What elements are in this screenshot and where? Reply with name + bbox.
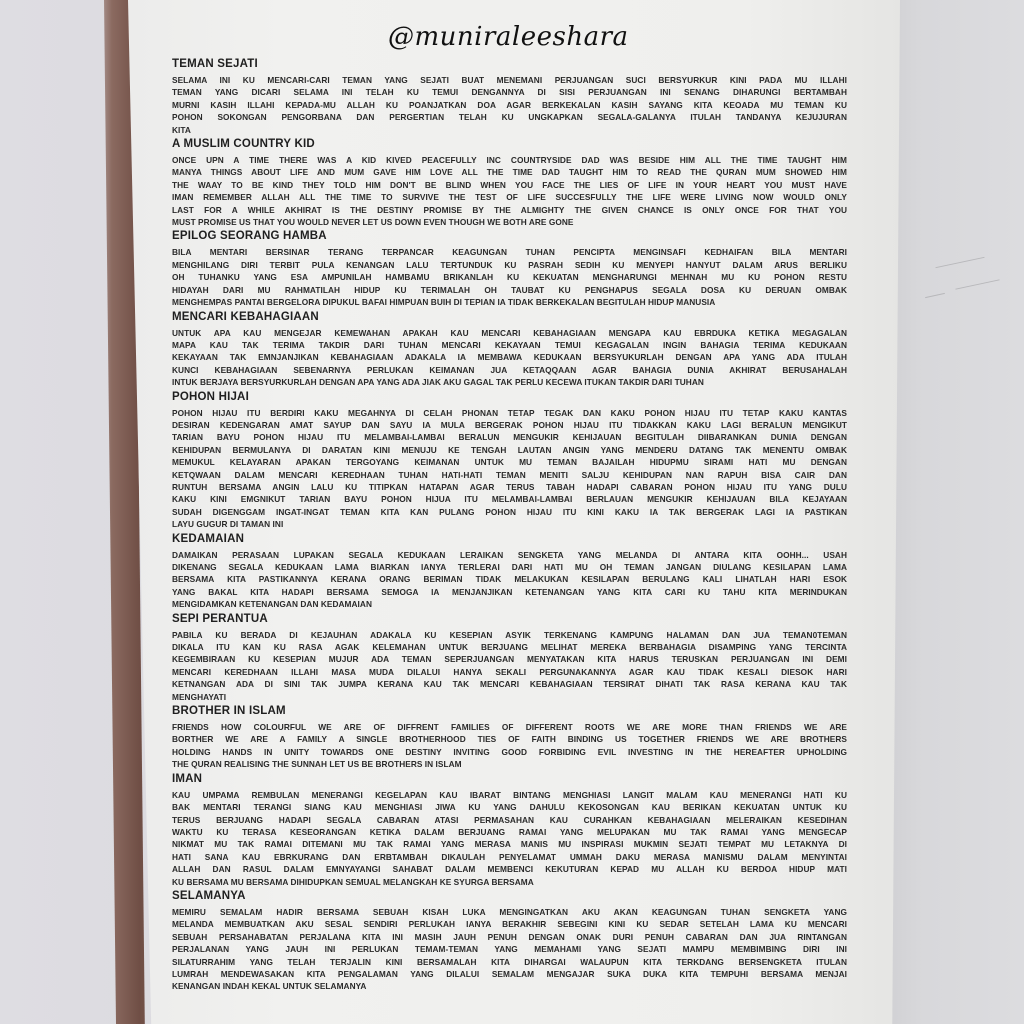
section-body: KAU UMPAMA REMBULAN MENERANGI KEGELAPAN … xyxy=(172,789,847,888)
section-title: SEPI PERANTUA xyxy=(172,613,847,626)
section-body: MEMIRU SEMALAM HADIR BERSAMA SEBUAH KISA… xyxy=(172,906,847,993)
text-line: KETNANGAN ADA DI SINI TAK JUMPA KERANA K… xyxy=(172,678,847,690)
text-line: KEKAYAAN TAK EMNJANJIKAN KEBAHAGIAAN ADA… xyxy=(172,351,847,363)
text-line: BERSAMA KITA PASTIKANNYA KERANA ORANG BE… xyxy=(172,573,847,585)
text-line: KEHIDUPAN BERMULANYA DI DARATAN KINI MEN… xyxy=(172,444,847,456)
text-line: NIKMAT MU TAK RAMAI DITEMANI MU TAK RAMA… xyxy=(172,838,847,850)
text-line: DAMAIKAN PERASAAN LUPAKAN SEGALA KEDUKAA… xyxy=(172,549,847,561)
text-line: KITA xyxy=(172,124,847,136)
section-body: PABILA KU BERADA DI KEJAUHAN ADAKALA KU … xyxy=(172,629,847,703)
section-body: ONCE UPN A TIME THERE WAS A KID KIVED PE… xyxy=(172,154,847,228)
text-line: ALLAH DAN RASUL DALAM EMNYAYANGI SAHABAT… xyxy=(172,863,847,875)
section-body: POHON HIJAU ITU BERDIRI KAKU MEGAHNYA DI… xyxy=(172,407,847,531)
section-body: FRIENDS HOW COLOURFUL WE ARE OF DIFFRENT… xyxy=(172,721,847,771)
text-line: MAPA KAU TAK TERIMA TAKDIR DARI TUHAN ME… xyxy=(172,339,847,351)
text-line: MENGHEMPAS PANTAI BERGELORA DIPUKUL BAFA… xyxy=(172,296,847,308)
text-line: MELANDA MEMBUATKAN AKU SESAL SENDIRI PER… xyxy=(172,918,847,930)
section-title: BROTHER IN ISLAM xyxy=(172,705,847,718)
text-line: HIDAYAH DARI MU RAHMATILAH HIDUP KU TERI… xyxy=(172,284,847,296)
text-line: TARIAN BAYU POHON HIJAU ITU MELAMBAI-LAM… xyxy=(172,431,847,443)
text-line: BORTHER WE ARE A FAMILY A SINGLE BROTHER… xyxy=(172,733,847,745)
background-surface xyxy=(880,0,1024,1024)
text-line: MURNI KASIH ILLAHI KEPADA-MU ALLAH KU PO… xyxy=(172,99,847,111)
section-title: EPILOG SEORANG HAMBA xyxy=(172,230,847,243)
text-line: MANYA THINGS ABOUT LIFE AND MUM GAVE HIM… xyxy=(172,166,847,178)
section-title: TEMAN SEJATI xyxy=(172,58,847,71)
text-line: KAKU KINI EMGNIKUT TARIAN BAYU POHON HIJ… xyxy=(172,493,847,505)
text-line: OH TUHANKU YANG ESA AMPUNILAH HAMBAMU BR… xyxy=(172,271,847,283)
text-line: DESIRAN KEDENGARAN AMAT SAYUP DAN SAYU I… xyxy=(172,419,847,431)
text-line: KUNCI KEBAHAGIAAN SEBENARNYA PERLUKAN KE… xyxy=(172,364,847,376)
text-line: DIKALA ITU KAN KU RASA AGAK KELEMAHAN UN… xyxy=(172,641,847,653)
poem-section: EPILOG SEORANG HAMBABILA MENTARI BERSINA… xyxy=(172,230,847,308)
text-line: MENCARI KEREDHAAN ILLAHI MASA MUDA DILAL… xyxy=(172,666,847,678)
section-body: SELAMA INI KU MENCARI-CARI TEMAN YANG SE… xyxy=(172,74,847,136)
text-line: SUDAH DIGENGGAM INGAT-INGAT TEMAN KITA K… xyxy=(172,506,847,518)
text-line: KAU UMPAMA REMBULAN MENERANGI KEGELAPAN … xyxy=(172,789,847,801)
text-line: HATI SANA KAU EBRKURANG DAN ERBTAMBAH DI… xyxy=(172,851,847,863)
text-line: LAST FOR A WHILE AKHIRAT IS THE DESTINY … xyxy=(172,204,847,216)
text-line: KETQWAAN DALAM MENCARI KEREDHAAN TUHAN H… xyxy=(172,469,847,481)
text-line: PERJALANAN YANG JAUH INI PERLUKAN TEMAM-… xyxy=(172,943,847,955)
text-line: MEMUKUL KELAYARAN APAKAN TERGOYANG KEIMA… xyxy=(172,456,847,468)
text-line: MUST PROMISE US THAT YOU WOULD NEVER LET… xyxy=(172,216,847,228)
text-line: MENGHILANG DIRI TERBIT PULA KENANGAN LAL… xyxy=(172,259,847,271)
text-line: DIKENANG SEGALA KEDUKAAN LAMA BIARKAN IA… xyxy=(172,561,847,573)
poem-section: MENCARI KEBAHAGIAANUNTUK APA KAU MENGEJA… xyxy=(172,311,847,389)
text-line: UNTUK APA KAU MENGEJAR KEMEWAHAN APAKAH … xyxy=(172,327,847,339)
text-line: INTUK BERJAYA BERSYURKURLAH DENGAN APA Y… xyxy=(172,376,847,388)
poem-section: POHON HIJAIPOHON HIJAU ITU BERDIRI KAKU … xyxy=(172,391,847,531)
text-line: MENGIDAMKAN KETENANGAN DAN KEDAMAIAN xyxy=(172,598,847,610)
poem-section: TEMAN SEJATISELAMA INI KU MENCARI-CARI T… xyxy=(172,58,847,136)
text-line: TERUS BERJUANG HADAPI SEGALA CABARAN ATA… xyxy=(172,814,847,826)
poem-section: SEPI PERANTUAPABILA KU BERADA DI KEJAUHA… xyxy=(172,613,847,703)
text-line: THE QURAN REALISING THE SUNNAH LET US BE… xyxy=(172,758,847,770)
text-line: MEMIRU SEMALAM HADIR BERSAMA SEBUAH KISA… xyxy=(172,906,847,918)
section-title: POHON HIJAI xyxy=(172,391,847,404)
text-line: TEMAN YANG DICARI SELAMA INI TELAH KU TE… xyxy=(172,86,847,98)
text-line: BILA MENTARI BERSINAR TERANG TERPANCAR K… xyxy=(172,246,847,258)
text-line: POHON HIJAU ITU BERDIRI KAKU MEGAHNYA DI… xyxy=(172,407,847,419)
text-line: YANG BAKAL KITA HADAPI BERSAMA SEMOGA IA… xyxy=(172,586,847,598)
poem-section: A MUSLIM COUNTRY KIDONCE UPN A TIME THER… xyxy=(172,138,847,228)
document-body: TEMAN SEJATISELAMA INI KU MENCARI-CARI T… xyxy=(172,58,847,995)
text-line: SILATURRAHIM YANG TELAH TERJALIN KINI BE… xyxy=(172,956,847,968)
text-line: LAYU GUGUR DI TAMAN INI xyxy=(172,518,847,530)
section-title: SELAMANYA xyxy=(172,890,847,903)
text-line: RUNTUH BERSAMA ANGIN LALU KU TITIPKAN HA… xyxy=(172,481,847,493)
poem-section: SELAMANYAMEMIRU SEMALAM HADIR BERSAMA SE… xyxy=(172,890,847,993)
text-line: SEBUAH PERSAHABATAN PERJALANA KITA INI M… xyxy=(172,931,847,943)
text-line: KU BERSAMA MU BERSAMA DIHIDUPKAN SEMUAL … xyxy=(172,876,847,888)
text-line: POHON SOKONGAN PENGORBANA DAN PERGERTIAN… xyxy=(172,111,847,123)
poem-section: BROTHER IN ISLAMFRIENDS HOW COLOURFUL WE… xyxy=(172,705,847,771)
section-body: BILA MENTARI BERSINAR TERANG TERPANCAR K… xyxy=(172,246,847,308)
section-title: A MUSLIM COUNTRY KID xyxy=(172,138,847,151)
text-line: IMAN REMEMBER ALLAH ALL THE TIME TO SURV… xyxy=(172,191,847,203)
text-line: THE WAAY TO BE KIND THEY TOLD HIM DON'T … xyxy=(172,179,847,191)
text-line: FRIENDS HOW COLOURFUL WE ARE OF DIFFRENT… xyxy=(172,721,847,733)
text-line: PABILA KU BERADA DI KEJAUHAN ADAKALA KU … xyxy=(172,629,847,641)
poem-section: IMANKAU UMPAMA REMBULAN MENERANGI KEGELA… xyxy=(172,773,847,888)
text-line: HOLDING HANDS IN UNITY TOWARDS ONE DESTI… xyxy=(172,746,847,758)
section-body: DAMAIKAN PERASAAN LUPAKAN SEGALA KEDUKAA… xyxy=(172,549,847,611)
text-line: WAKTU KU TERASA KESEORANGAN KETIKA DALAM… xyxy=(172,826,847,838)
section-title: KEDAMAIAN xyxy=(172,533,847,546)
poem-section: KEDAMAIANDAMAIKAN PERASAAN LUPAKAN SEGAL… xyxy=(172,533,847,611)
section-title: MENCARI KEBAHAGIAAN xyxy=(172,311,847,324)
watermark-handle: @muniraleeshara xyxy=(388,22,629,52)
text-line: SELAMA INI KU MENCARI-CARI TEMAN YANG SE… xyxy=(172,74,847,86)
text-line: BAK MENTARI TERANGI SIANG KAU MENGHIASI … xyxy=(172,801,847,813)
section-body: UNTUK APA KAU MENGEJAR KEMEWAHAN APAKAH … xyxy=(172,327,847,389)
text-line: KEGEMBIRAAN KU KESEPIAN MUJUR ADA TEMAN … xyxy=(172,653,847,665)
text-line: ONCE UPN A TIME THERE WAS A KID KIVED PE… xyxy=(172,154,847,166)
text-line: KENANGAN INDAH KEKAL UNTUK SELAMANYA xyxy=(172,980,847,992)
section-title: IMAN xyxy=(172,773,847,786)
text-line: MENGHAYATI xyxy=(172,691,847,703)
text-line: LUMRAH MENDEWASAKAN KITA PENGALAMAN YANG… xyxy=(172,968,847,980)
